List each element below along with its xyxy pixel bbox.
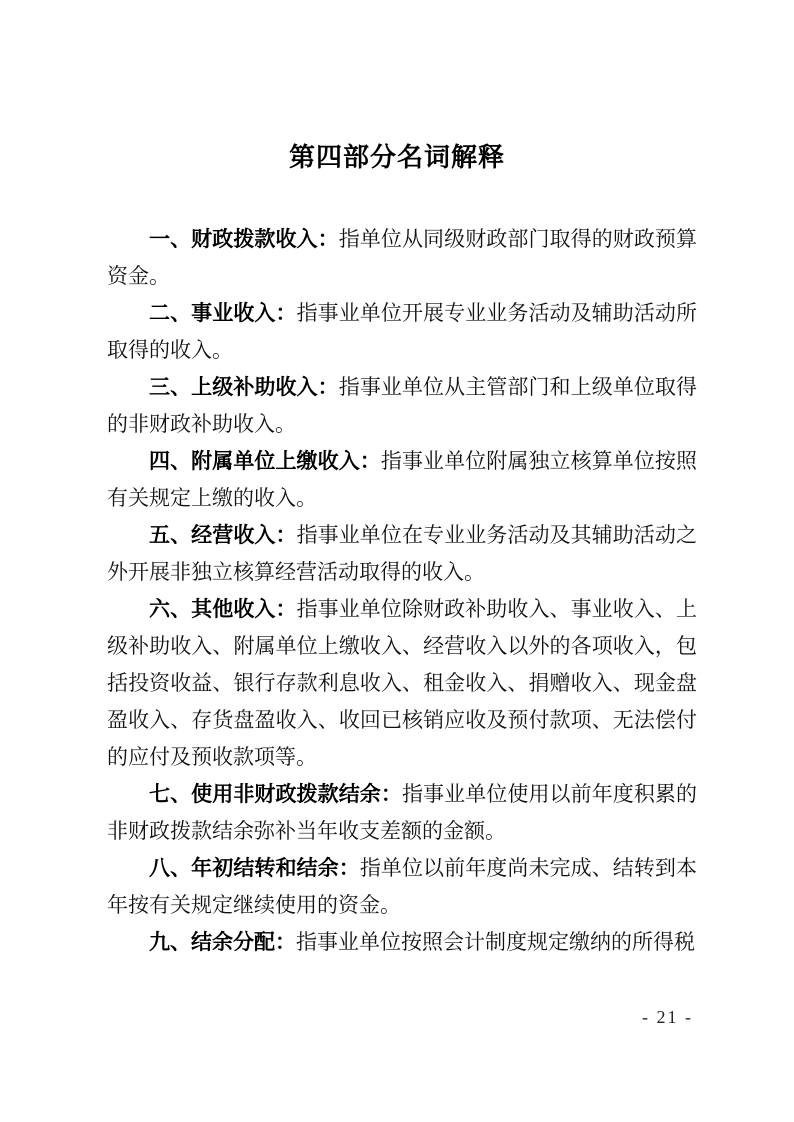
glossary-body: 一、财政拨款收入：指单位从同级财政部门取得的财政预算资金。二、事业收入：指事业单… (0, 221, 697, 961)
definition-paragraph: 七、使用非财政拨款结余：指事业单位使用以前年度积累的非财政拨款结余弥补当年收支差… (107, 776, 697, 850)
page-number: - 21 - (642, 1006, 693, 1028)
term-label: 六、其他收入： (149, 597, 297, 621)
definition-paragraph: 四、附属单位上缴收入：指事业单位附属独立核算单位按照有关规定上缴的收入。 (107, 443, 697, 517)
term-label: 八、年初结转和结余： (149, 856, 360, 880)
term-label: 三、上级补助收入： (149, 375, 339, 399)
term-definition: 指事业单位除财政补助收入、事业收入、上级补助收入、附属单位上缴收入、经营收入以外… (107, 597, 697, 769)
term-label: 五、经营收入： (149, 523, 297, 547)
page-title: 第四部分名词解释 (0, 141, 794, 173)
document-page: 第四部分名词解释 一、财政拨款收入：指单位从同级财政部门取得的财政预算资金。二、… (0, 0, 794, 1122)
definition-paragraph: 一、财政拨款收入：指单位从同级财政部门取得的财政预算资金。 (107, 221, 697, 295)
definition-paragraph: 九、结余分配：指事业单位按照会计制度规定缴纳的所得税 (107, 924, 697, 961)
term-label: 四、附属单位上缴收入： (149, 449, 381, 473)
term-label: 二、事业收入： (149, 301, 297, 325)
definition-paragraph: 六、其他收入：指事业单位除财政补助收入、事业收入、上级补助收入、附属单位上缴收入… (107, 591, 697, 776)
term-definition: 指事业单位按照会计制度规定缴纳的所得税 (296, 930, 695, 954)
term-label: 一、财政拨款收入： (149, 227, 339, 251)
term-label: 七、使用非财政拨款结余： (149, 782, 402, 806)
definition-paragraph: 八、年初结转和结余：指单位以前年度尚未完成、结转到本年按有关规定继续使用的资金。 (107, 850, 697, 924)
definition-paragraph: 五、经营收入：指事业单位在专业业务活动及其辅助活动之外开展非独立核算经营活动取得… (107, 517, 697, 591)
term-label: 九、结余分配： (149, 930, 296, 954)
definition-paragraph: 三、上级补助收入：指事业单位从主管部门和上级单位取得的非财政补助收入。 (107, 369, 697, 443)
definition-paragraph: 二、事业收入：指事业单位开展专业业务活动及辅助活动所取得的收入。 (107, 295, 697, 369)
